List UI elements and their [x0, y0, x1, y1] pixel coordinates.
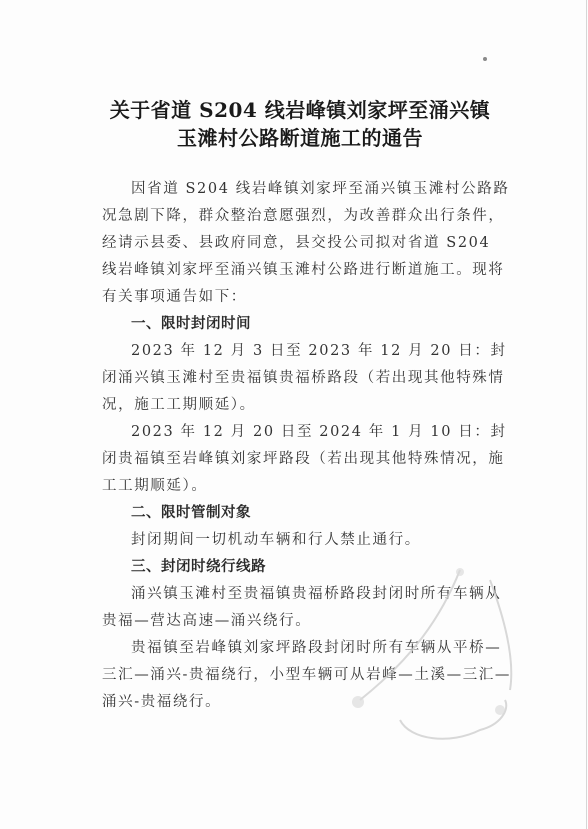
intro-paragraph: 因省道 S204 线岩峰镇刘家坪至涌兴镇玉滩村公路路况急剧下降，群众整治意愿强烈…	[102, 176, 512, 311]
scan-speck	[483, 57, 487, 61]
page-edge	[586, 0, 587, 829]
section-1-paragraph-2: 2023 年 12 月 20 日至 2024 年 1 月 10 日：封闭贵福镇至…	[102, 419, 512, 500]
title-line-2: 玉滩村公路断道施工的通告	[100, 124, 500, 152]
document-body: 因省道 S204 线岩峰镇刘家坪至涌兴镇玉滩村公路路况急剧下降，群众整治意愿强烈…	[102, 176, 512, 716]
section-3-heading: 三、封闭时绕行线路	[102, 554, 512, 581]
section-3-paragraph-1: 涌兴镇玉滩村至贵福镇贵福桥路段封闭时所有车辆从贵福—营达高速—涌兴绕行。	[102, 581, 512, 635]
title-line-1: 关于省道 S204 线岩峰镇刘家坪至涌兴镇	[100, 96, 500, 124]
document-title: 关于省道 S204 线岩峰镇刘家坪至涌兴镇 玉滩村公路断道施工的通告	[100, 96, 500, 152]
section-1-heading: 一、限时封闭时间	[102, 311, 512, 338]
section-3-paragraph-2: 贵福镇至岩峰镇刘家坪路段封闭时所有车辆从平桥—三汇—涌兴-贵福绕行，小型车辆可从…	[102, 635, 512, 716]
section-2-heading: 二、限时管制对象	[102, 500, 512, 527]
section-2-paragraph-1: 封闭期间一切机动车辆和行人禁止通行。	[102, 527, 512, 554]
section-1-paragraph-1: 2023 年 12 月 3 日至 2023 年 12 月 20 日：封闭涌兴镇玉…	[102, 338, 512, 419]
